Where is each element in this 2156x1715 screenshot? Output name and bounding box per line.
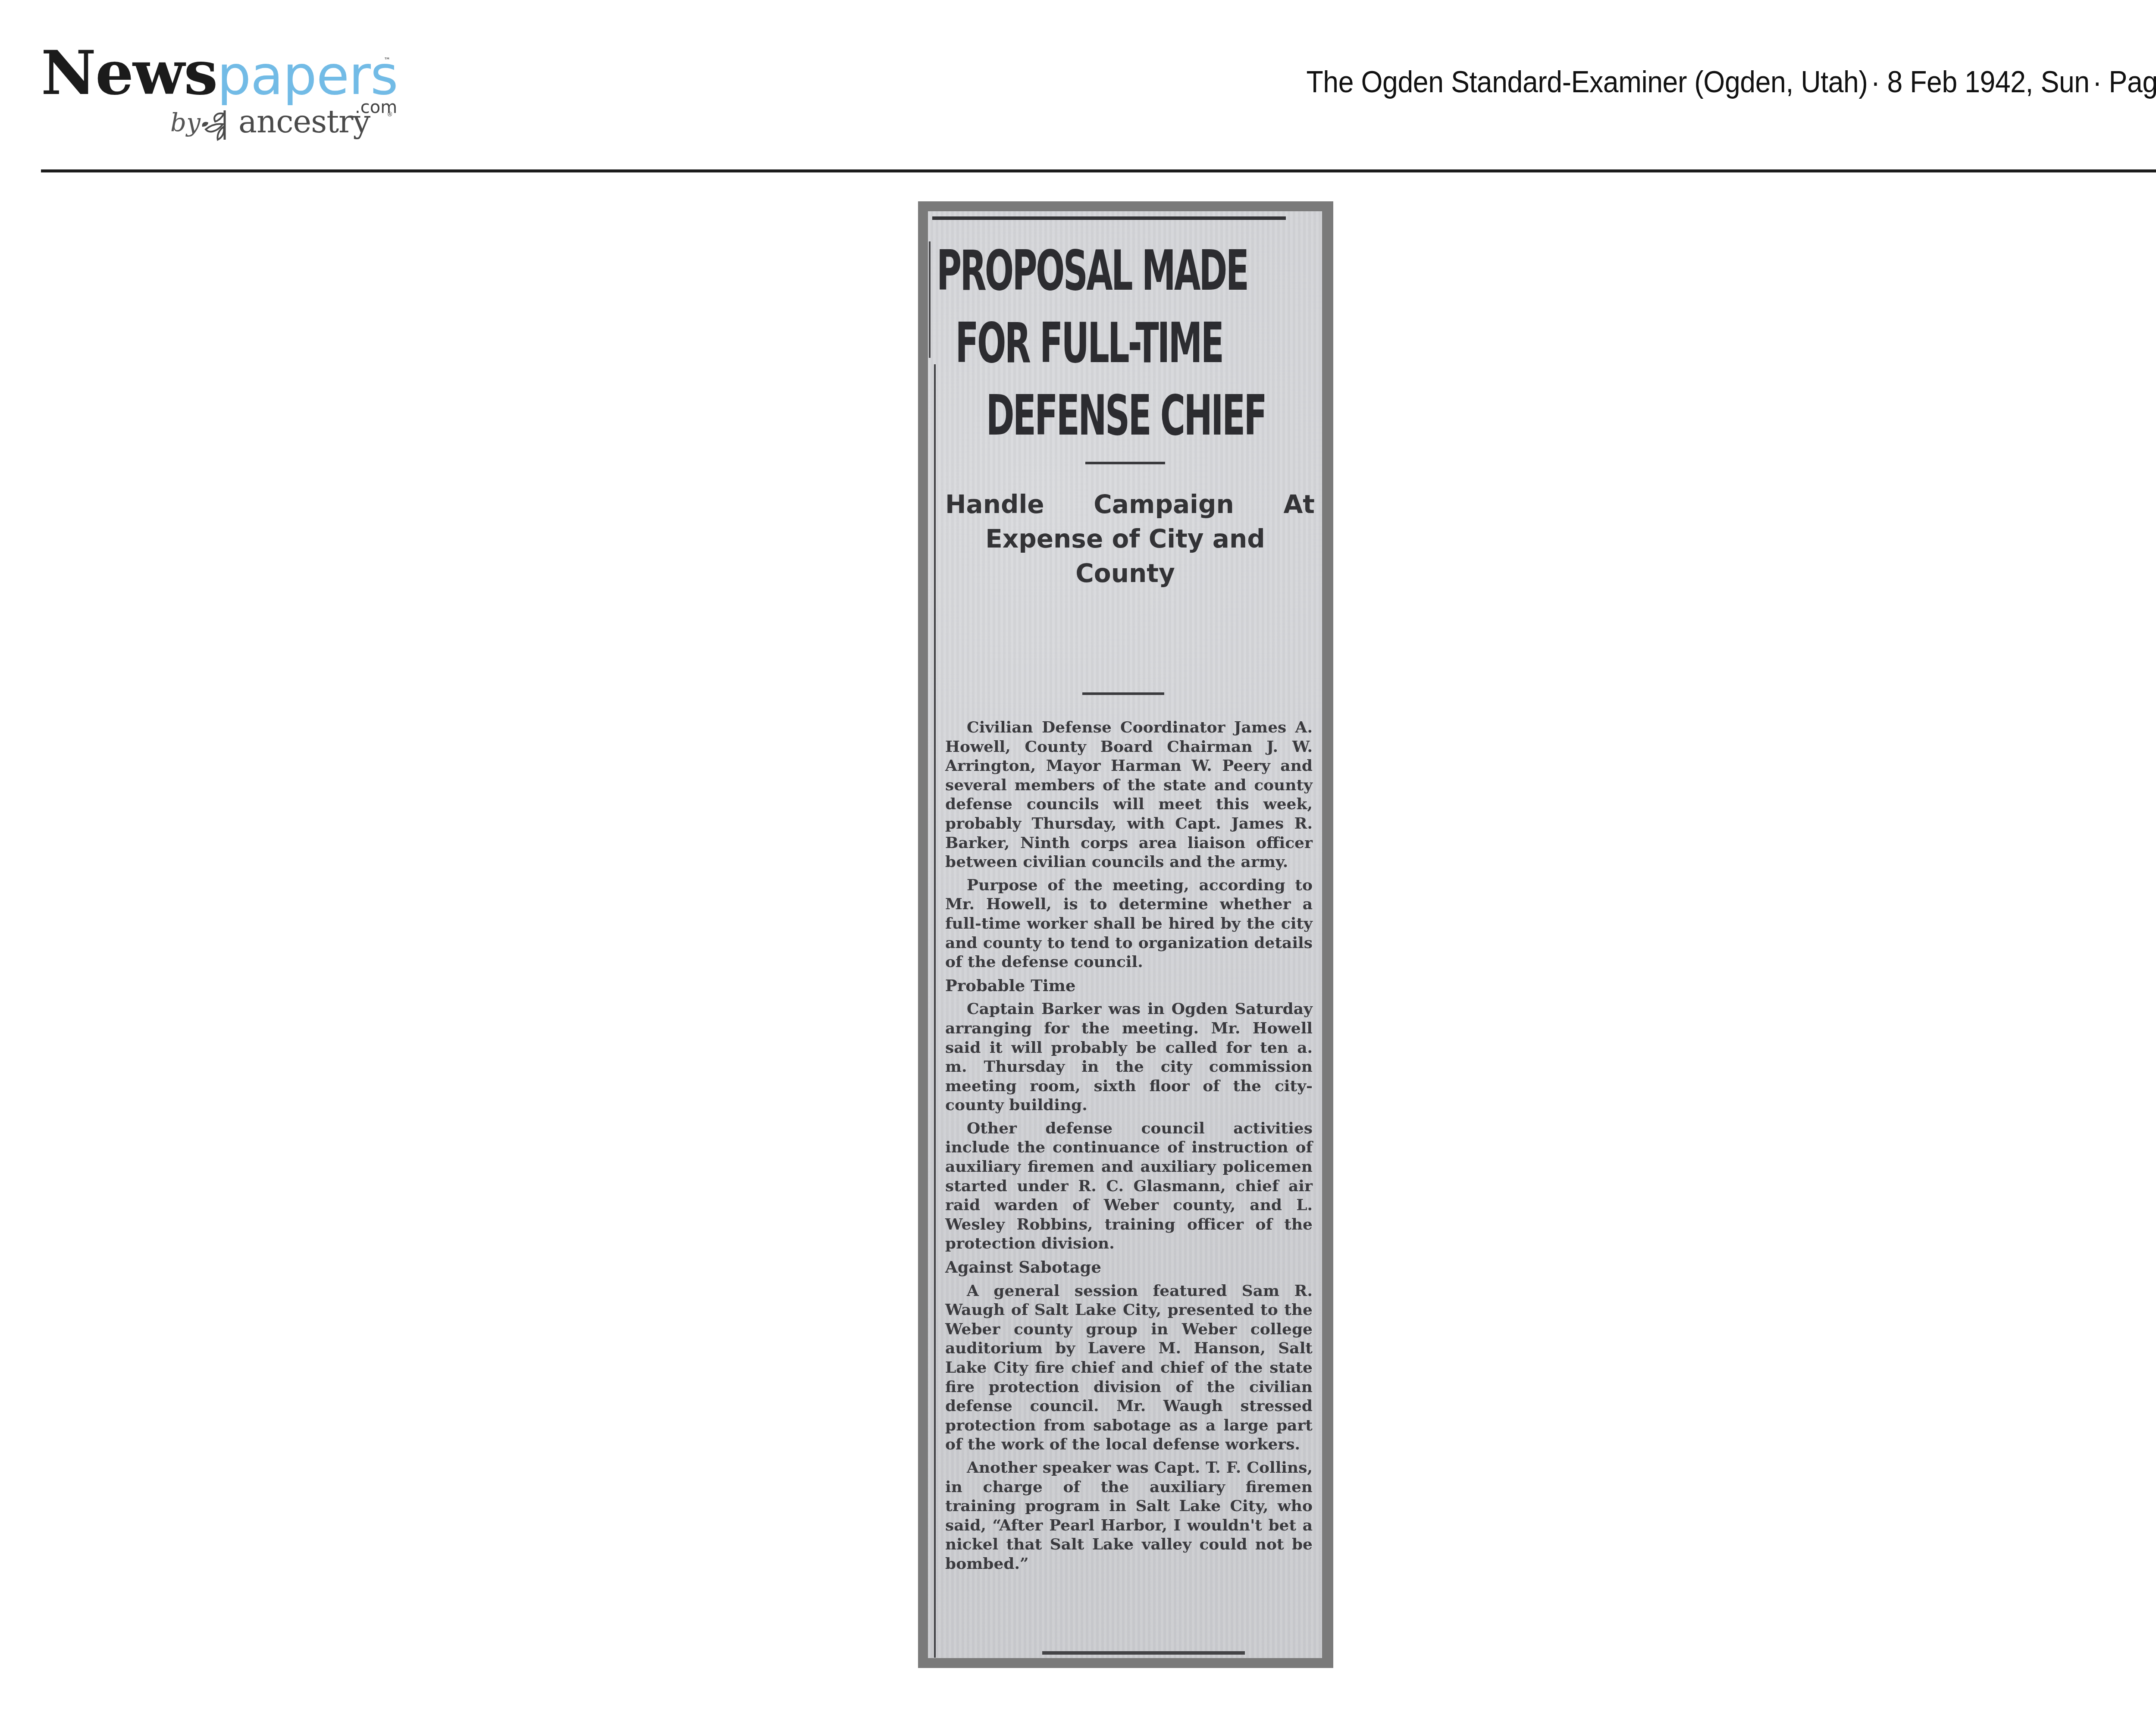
subhead-divider	[1082, 692, 1164, 695]
article-body: Civilian Defense Coordinator James A. Ho…	[945, 718, 1313, 1577]
header-divider	[41, 169, 2156, 172]
headline-line: PROPOSAL MADE	[937, 235, 1172, 307]
logo-ancestry-text: ancestry	[238, 103, 370, 140]
article-paragraph: Civilian Defense Coordinator James A. Ho…	[945, 718, 1313, 872]
separator-dot: ·	[1871, 65, 1880, 99]
article-subhead: Handle Campaign At Expense of City and C…	[932, 487, 1318, 591]
page-citation: The Ogden Standard-Examiner (Ogden, Utah…	[1306, 65, 2156, 99]
article-headline: PROPOSAL MADE FOR FULL-TIME DEFENSE CHIE…	[937, 235, 1172, 452]
separator-dot: ·	[2093, 65, 2102, 99]
headline-line: FOR FULL-TIME	[955, 307, 1172, 380]
logo-by-text: by	[170, 108, 201, 137]
subhead-word: Campaign	[1094, 487, 1234, 522]
trademark-mark: ™	[384, 56, 391, 64]
column-end-rule	[1042, 1651, 1245, 1655]
publication-date: 8 Feb 1942, Sun	[1887, 65, 2089, 99]
column-rule	[929, 241, 931, 358]
headline-divider	[1085, 462, 1165, 464]
logo-news-text: News	[41, 38, 217, 109]
article-paragraph: Other defense council activities include…	[945, 1119, 1313, 1253]
article-paragraph: A general session featured Sam R. Waugh …	[945, 1281, 1313, 1454]
newspapers-logo[interactable]: Newspapers ™ .com by ancestry ®	[41, 43, 395, 147]
section-heading: Against Sabotage	[945, 1258, 1313, 1277]
page-number: Page 65	[2109, 65, 2156, 99]
column-top-rule	[932, 216, 1286, 220]
subhead-word: At	[1283, 487, 1315, 522]
ancestry-leaf-icon	[200, 108, 234, 142]
headline-line: DEFENSE CHIEF	[986, 380, 1172, 452]
article-paragraph: Purpose of the meeting, according to Mr.…	[945, 876, 1313, 972]
publication-name: The Ogden Standard-Examiner (Ogden, Utah…	[1306, 65, 1868, 99]
subhead-line: Expense of City and	[932, 522, 1318, 556]
subhead-line: County	[932, 556, 1318, 591]
clipping-frame: PROPOSAL MADE FOR FULL-TIME DEFENSE CHIE…	[918, 201, 1333, 1668]
article-paragraph: Captain Barker was in Ogden Saturday arr…	[945, 999, 1313, 1115]
subhead-line: Handle Campaign At	[932, 487, 1318, 522]
registered-mark: ®	[387, 111, 393, 118]
logo-wordmark: Newspapers	[41, 43, 398, 103]
section-heading: Probable Time	[945, 976, 1313, 995]
subhead-word: Handle	[945, 487, 1044, 522]
clipping-image: PROPOSAL MADE FOR FULL-TIME DEFENSE CHIE…	[928, 211, 1322, 1658]
article-paragraph: Another speaker was Capt. T. F. Collins,…	[945, 1458, 1313, 1574]
